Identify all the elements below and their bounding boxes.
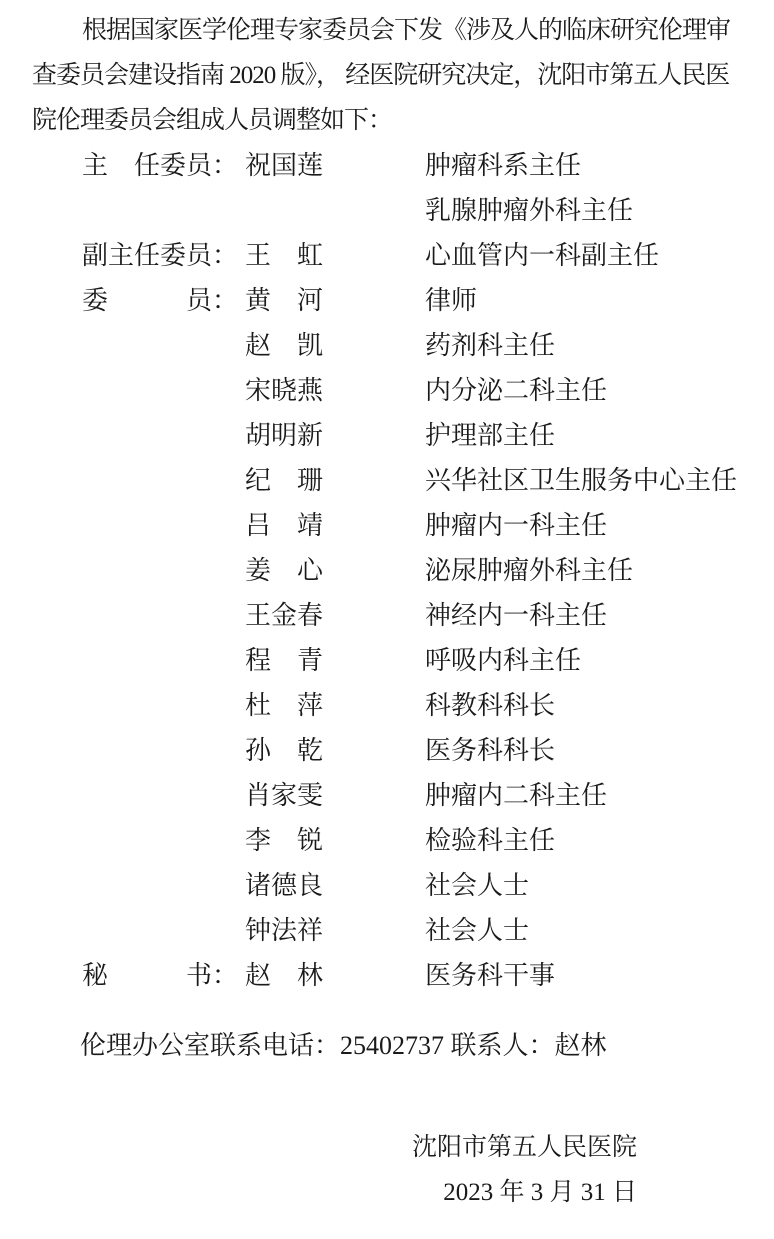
roster-role-label	[82, 863, 245, 908]
roster-member-name	[245, 188, 425, 233]
roster-role-label	[82, 728, 245, 773]
roster-member-name: 肖家雯	[245, 773, 425, 818]
roster-member-title: 医务科科长	[425, 728, 774, 773]
roster-role-label	[82, 908, 245, 953]
opening-paragraph: 根据国家医学伦理专家委员会下发《涉及人的临床研究伦理审 查委员会建设指南 202…	[0, 8, 774, 143]
roster-row: 钟法祥 社会人士	[0, 908, 774, 953]
roster-member-title: 律师	[425, 278, 774, 323]
roster-role-label: 主 任委员：	[82, 143, 245, 188]
roster-member-title: 医务科干事	[425, 953, 774, 998]
roster-member-title: 乳腺肿瘤外科主任	[425, 188, 774, 233]
paragraph-line: 查委员会建设指南 2020 版》， 经医院研究决定，沈阳市第五人民医	[0, 53, 774, 98]
roster-row: 副主任委员： 王 虹 心血管内一科副主任	[0, 233, 774, 278]
roster-row: 乳腺肿瘤外科主任	[0, 188, 774, 233]
roster-member-title: 肿瘤内二科主任	[425, 773, 774, 818]
roster-member-name: 王 虹	[245, 233, 425, 278]
roster-member-name: 祝国莲	[245, 143, 425, 188]
roster-member-name: 李 锐	[245, 818, 425, 863]
roster-role-label	[82, 818, 245, 863]
roster-role-label	[82, 413, 245, 458]
paragraph-line: 根据国家医学伦理专家委员会下发《涉及人的临床研究伦理审	[0, 8, 774, 53]
roster-role-label	[82, 188, 245, 233]
roster-member-title: 社会人士	[425, 863, 774, 908]
roster-row: 程 青 呼吸内科主任	[0, 638, 774, 683]
signature-date: 2023 年 3 月 31 日	[0, 1170, 774, 1215]
roster-member-name: 纪 珊	[245, 458, 425, 503]
roster-role-label	[82, 458, 245, 503]
roster-member-name: 赵 凯	[245, 323, 425, 368]
roster-row: 孙 乾 医务科科长	[0, 728, 774, 773]
roster-member-title: 社会人士	[425, 908, 774, 953]
document-page: 根据国家医学伦理专家委员会下发《涉及人的临床研究伦理审 查委员会建设指南 202…	[0, 0, 774, 1239]
roster-role-label	[82, 683, 245, 728]
roster-member-name: 姜 心	[245, 548, 425, 593]
roster-row: 姜 心 泌尿肿瘤外科主任	[0, 548, 774, 593]
roster-member-title: 检验科主任	[425, 818, 774, 863]
roster-member-name: 赵 林	[245, 953, 425, 998]
roster-member-title: 呼吸内科主任	[425, 638, 774, 683]
roster-row: 诸德良 社会人士	[0, 863, 774, 908]
roster-member-title: 神经内一科主任	[425, 593, 774, 638]
roster-member-title: 护理部主任	[425, 413, 774, 458]
roster-member-title: 心血管内一科副主任	[425, 233, 774, 278]
signature-org: 沈阳市第五人民医院	[0, 1125, 774, 1170]
roster-row: 王金春 神经内一科主任	[0, 593, 774, 638]
roster-member-title: 内分泌二科主任	[425, 368, 774, 413]
roster-row: 吕 靖 肿瘤内一科主任	[0, 503, 774, 548]
roster-row: 赵 凯 药剂科主任	[0, 323, 774, 368]
roster-row: 主 任委员： 祝国莲 肿瘤科系主任	[0, 143, 774, 188]
roster-row: 肖家雯 肿瘤内二科主任	[0, 773, 774, 818]
roster-role-label	[82, 503, 245, 548]
roster-member-name: 诸德良	[245, 863, 425, 908]
roster-member-title: 肿瘤内一科主任	[425, 503, 774, 548]
roster-row: 纪 珊 兴华社区卫生服务中心主任	[0, 458, 774, 503]
roster-role-label	[82, 323, 245, 368]
contact-line: 伦理办公室联系电话：25402737 联系人：赵林	[0, 1023, 774, 1068]
roster-member-name: 程 青	[245, 638, 425, 683]
roster-row: 宋晓燕 内分泌二科主任	[0, 368, 774, 413]
roster-member-name: 胡明新	[245, 413, 425, 458]
roster-role-label	[82, 593, 245, 638]
roster-role-label	[82, 368, 245, 413]
roster-member-name: 黄 河	[245, 278, 425, 323]
roster-member-title: 肿瘤科系主任	[425, 143, 774, 188]
roster-role-label: 秘 书：	[82, 953, 245, 998]
roster-member-name: 钟法祥	[245, 908, 425, 953]
roster-role-label: 委 员：	[82, 278, 245, 323]
roster-member-title: 兴华社区卫生服务中心主任	[425, 458, 774, 503]
roster-role-label	[82, 548, 245, 593]
roster-row: 委 员： 黄 河 律师	[0, 278, 774, 323]
roster-member-title: 科教科科长	[425, 683, 774, 728]
roster-row: 胡明新 护理部主任	[0, 413, 774, 458]
roster-row: 李 锐 检验科主任	[0, 818, 774, 863]
roster-member-name: 王金春	[245, 593, 425, 638]
roster-role-label: 副主任委员：	[82, 233, 245, 278]
roster-member-title: 药剂科主任	[425, 323, 774, 368]
committee-roster: 主 任委员： 祝国莲 肿瘤科系主任 乳腺肿瘤外科主任 副主任委员： 王 虹 心血…	[0, 143, 774, 998]
roster-member-name: 吕 靖	[245, 503, 425, 548]
roster-member-name: 杜 萍	[245, 683, 425, 728]
roster-member-name: 宋晓燕	[245, 368, 425, 413]
paragraph-line: 院伦理委员会组成人员调整如下：	[0, 98, 774, 143]
roster-role-label	[82, 773, 245, 818]
roster-role-label	[82, 638, 245, 683]
roster-member-title: 泌尿肿瘤外科主任	[425, 548, 774, 593]
roster-row: 秘 书： 赵 林 医务科干事	[0, 953, 774, 998]
roster-row: 杜 萍 科教科科长	[0, 683, 774, 728]
roster-member-name: 孙 乾	[245, 728, 425, 773]
